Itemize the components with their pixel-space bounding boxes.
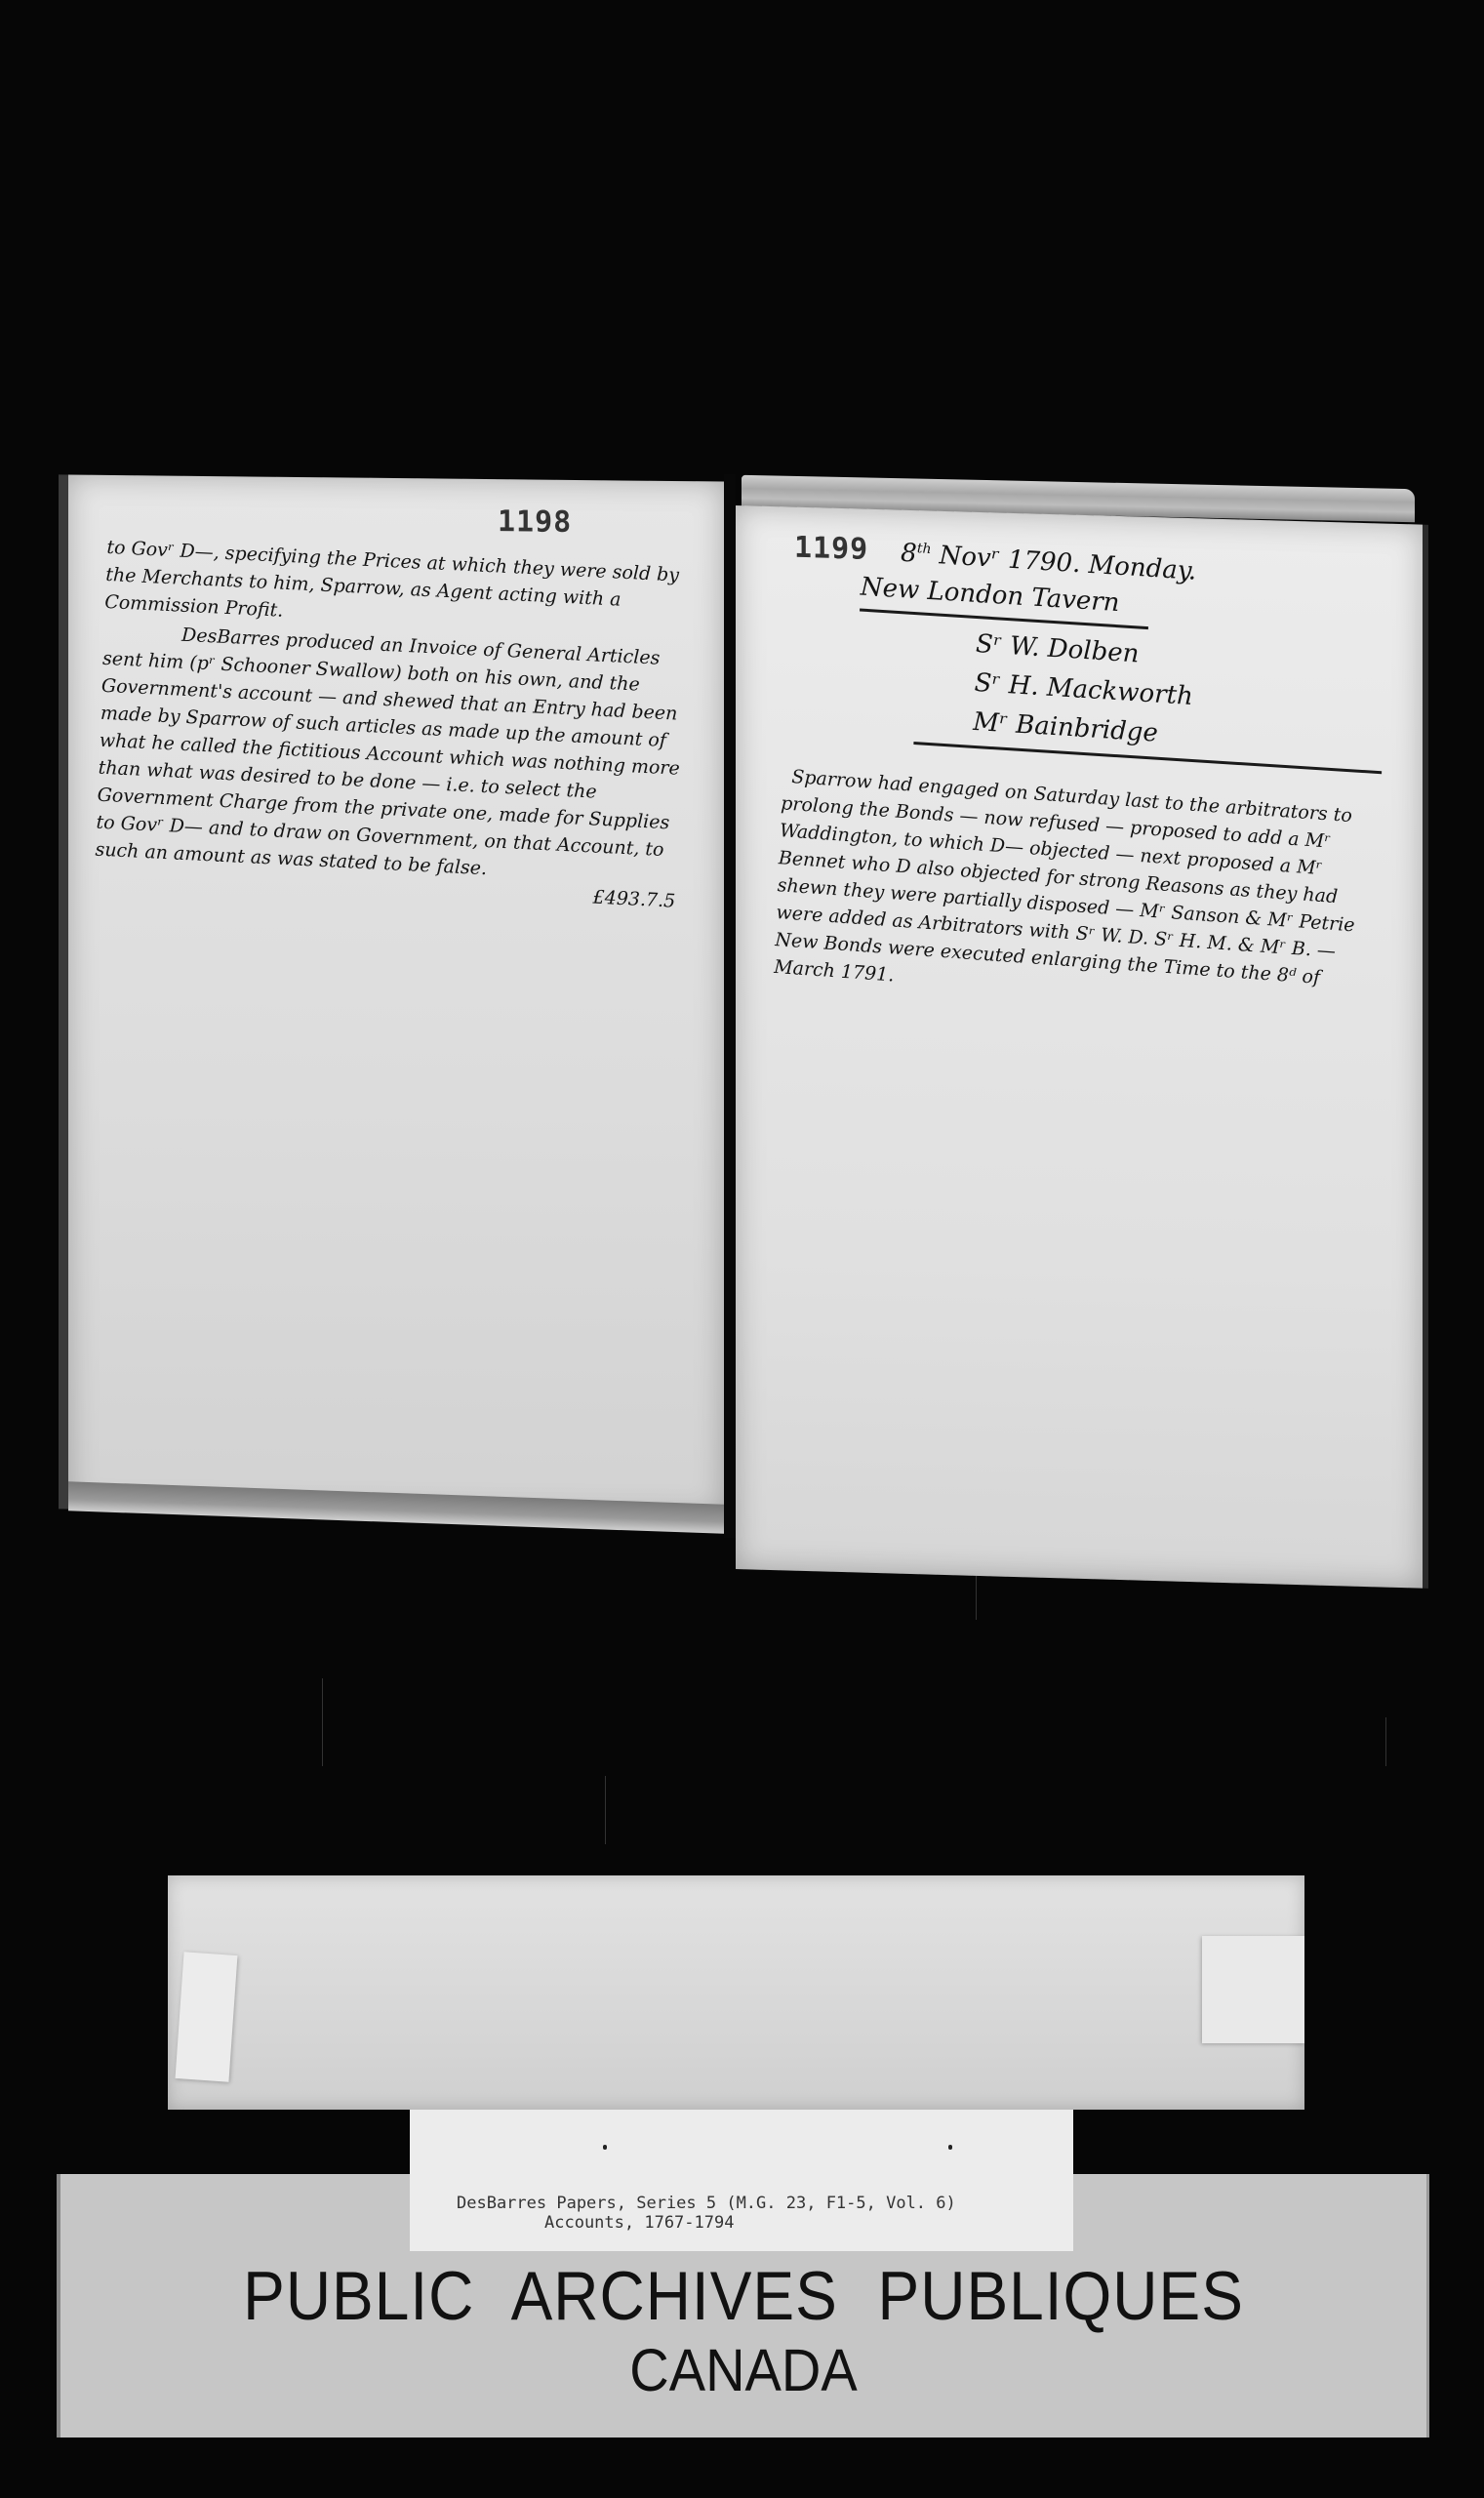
date-day: 8 [901, 539, 918, 569]
page-number: 1198 [498, 504, 572, 540]
archive-country: CANADA [60, 2335, 1426, 2405]
paragraph: DesBarres produced an Invoice of General… [95, 618, 689, 892]
right-page-text: Sparrow had engaged on Saturday last to … [774, 762, 1387, 1023]
attendee-list: Sʳ W. Dolben Sʳ H. Mackworth Mʳ Bainbrid… [973, 624, 1367, 766]
open-ledger-book: 1198 to Govʳ D—, specifying the Prices a… [59, 466, 1444, 1589]
catalog-text: DesBarres Papers, Series 5 (M.G. 23, F1-… [410, 2194, 1073, 2233]
archive-title: PUBLIC ARCHIVES PUBLIQUES [60, 2256, 1426, 2335]
folded-document [168, 1875, 1304, 2110]
collection-subtitle: Accounts, 1767-1794 [410, 2213, 1073, 2233]
film-scratch [1385, 1717, 1386, 1766]
film-scratch [605, 1776, 606, 1844]
meeting-header: 8th Novʳ 1790. Monday. New London Tavern… [855, 529, 1369, 773]
ink-dot [603, 2145, 607, 2150]
tape-strip [176, 1952, 238, 2082]
page-fold [68, 1481, 724, 1533]
book-gutter [724, 474, 736, 1538]
page-number: 1199 [794, 531, 868, 567]
left-page-text: to Govʳ D—, specifying the Prices at whi… [94, 534, 692, 915]
catalog-label: DesBarres Papers, Series 5 (M.G. 23, F1-… [410, 2110, 1073, 2251]
collection-reference: DesBarres Papers, Series 5 (M.G. 23, F1-… [410, 2194, 1073, 2213]
left-page: 1198 to Govʳ D—, specifying the Prices a… [59, 474, 726, 1515]
film-scratch [322, 1678, 323, 1766]
tape-strip [1202, 1936, 1304, 2043]
right-page: 1199 8th Novʳ 1790. Monday. New London T… [736, 505, 1428, 1589]
ink-dot [948, 2145, 952, 2150]
date-day-suffix: th [917, 541, 932, 557]
paragraph: Sparrow had engaged on Saturday last to … [774, 762, 1387, 1023]
